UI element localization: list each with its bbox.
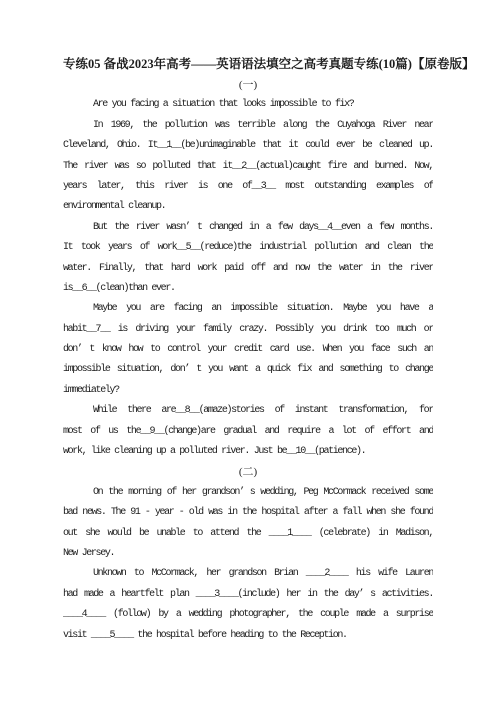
- text-line: New Jersey.: [63, 544, 433, 564]
- text-line: ____4____ (follow) by a wedding photogra…: [63, 605, 433, 625]
- text-line: is__6__(clean)than ever.: [63, 279, 433, 299]
- text-line: immediately?: [63, 381, 433, 401]
- document-title: 专练05 备战2023年高考——英语语法填空之高考真题专练(10篇)【原卷版】: [63, 54, 433, 75]
- text-line: water. Finally, that hard work paid off …: [63, 259, 433, 279]
- text-line: don’ t know how to control your credit c…: [63, 340, 433, 360]
- exam-page: 专练05 备战2023年高考——英语语法填空之高考真题专练(10篇)【原卷版】 …: [0, 0, 496, 702]
- text-line: Maybe you are facing an impossible situa…: [63, 299, 433, 319]
- text-line: had made a heartfelt plan ____3____(incl…: [63, 585, 433, 605]
- text-line: But the river wasn’ t changed in a few d…: [63, 218, 433, 238]
- text-line: years later, this river is one of__3__ m…: [63, 177, 433, 197]
- text-line: visit ____5____ the hospital before head…: [63, 626, 433, 646]
- text-line: bad news. The 91 - year - old was in the…: [63, 503, 433, 523]
- text-line: habit__7__ is driving your family crazy.…: [63, 320, 433, 340]
- text-line: Cleveland, Ohio. It__1__(be)unimaginable…: [63, 136, 433, 156]
- text-line: Are you facing a situation that looks im…: [63, 95, 433, 115]
- section-marker: (一): [63, 75, 433, 95]
- text-line: It took years of work__5__(reduce)the in…: [63, 238, 433, 258]
- text-line: work, like cleaning up a polluted river.…: [63, 442, 433, 462]
- text-line: most of us the__9__(change)are gradual a…: [63, 422, 433, 442]
- section-marker: (二): [63, 462, 433, 482]
- text-line: impossible situation, don’ t you want a …: [63, 360, 433, 380]
- text-line: The river was so polluted that it__2__(a…: [63, 157, 433, 177]
- text-line: While there are__8__(amaze)stories of in…: [63, 401, 433, 421]
- text-line: In 1969, the pollution was terrible alon…: [63, 116, 433, 136]
- text-line: out she would be unable to attend the __…: [63, 524, 433, 544]
- text-line: On the morning of her grandson’ s weddin…: [63, 483, 433, 503]
- document-body: (一)Are you facing a situation that looks…: [63, 75, 433, 646]
- text-line: environmental cleanup.: [63, 197, 433, 217]
- text-line: Unknown to McCormack, her grandson Brian…: [63, 564, 433, 584]
